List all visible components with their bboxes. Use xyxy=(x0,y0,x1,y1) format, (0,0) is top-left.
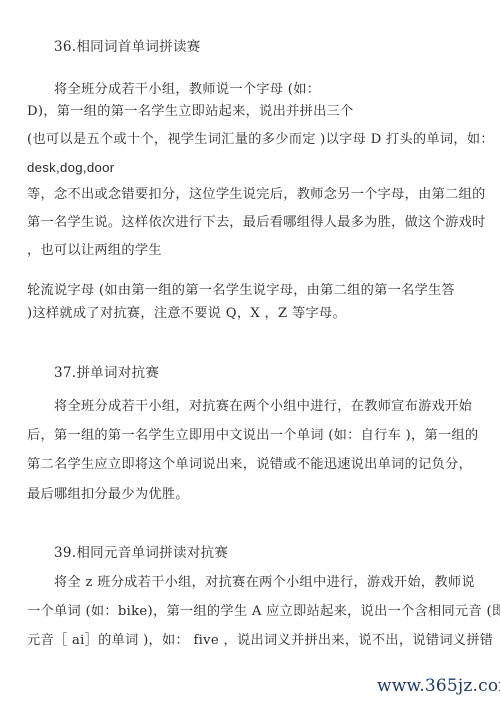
paragraph-line: 第二名学生应立即将这个单词说出来，说错或不能迅速说出单词的记负分， xyxy=(27,457,472,473)
paragraph-line: 将全 z 班分成若干小组，对抗赛在两个小组中进行，游戏开始，教师说 xyxy=(54,575,475,591)
section-heading-36: 36.相同词首单词拼读赛 xyxy=(54,39,201,55)
paragraph-line: 第一名学生说。这样依次进行下去，最后看哪组得人最多为胜，做这个游戏时 xyxy=(27,215,486,231)
paragraph-line: 轮流说字母 (如由第一组的第一名学生说字母，由第二组的第一名学生答 xyxy=(27,283,455,299)
paragraph-line: 后，第一组的第一名学生立即用中文说出一个单词 (如：自行车 )，第一组的 xyxy=(27,428,478,444)
paragraph-line: 最后哪组扣分最少为优胜。 xyxy=(27,487,189,503)
paragraph-line: ，也可以让两组的学生 xyxy=(27,243,162,259)
paragraph-line: 等，念不出或念错要扣分，这位学生说完后，教师念另一个字母，由第二组的 xyxy=(27,187,486,203)
paragraph-line: D)，第一组的第一名学生立即站起来，说出并拼出三个 xyxy=(27,104,354,120)
paragraph-line: 元音［ ai］的单词 )，如： five ，说出词义并拼出来，说不出，说错词义拼… xyxy=(27,633,493,649)
section-heading-39: 39.相同元音单词拼读对抗赛 xyxy=(54,545,228,561)
paragraph-line: 将全班分成若干小组，教师说一个字母 (如： xyxy=(54,82,320,98)
paragraph-line: 将全班分成若干小组，对抗赛在两个小组中进行，在教师宣布游戏开始 xyxy=(54,399,472,415)
section-heading-37: 37.拼单词对抗赛 xyxy=(54,365,159,381)
paragraph-line: )这样就成了对抗赛，注意不要说 Q，X ，Z 等字母。 xyxy=(27,306,346,322)
paragraph-line: (也可以是五个或十个，视学生词汇量的多少而定 )以字母 D 打头的单词，如： xyxy=(27,132,494,148)
watermark: www.365jz.com xyxy=(377,676,500,696)
paragraph-line: desk,dog,door xyxy=(27,160,114,176)
paragraph-line: 一个单词 (如：bike)，第一组的学生 A 应立即站起来，说出一个含相同元音 … xyxy=(27,604,500,620)
